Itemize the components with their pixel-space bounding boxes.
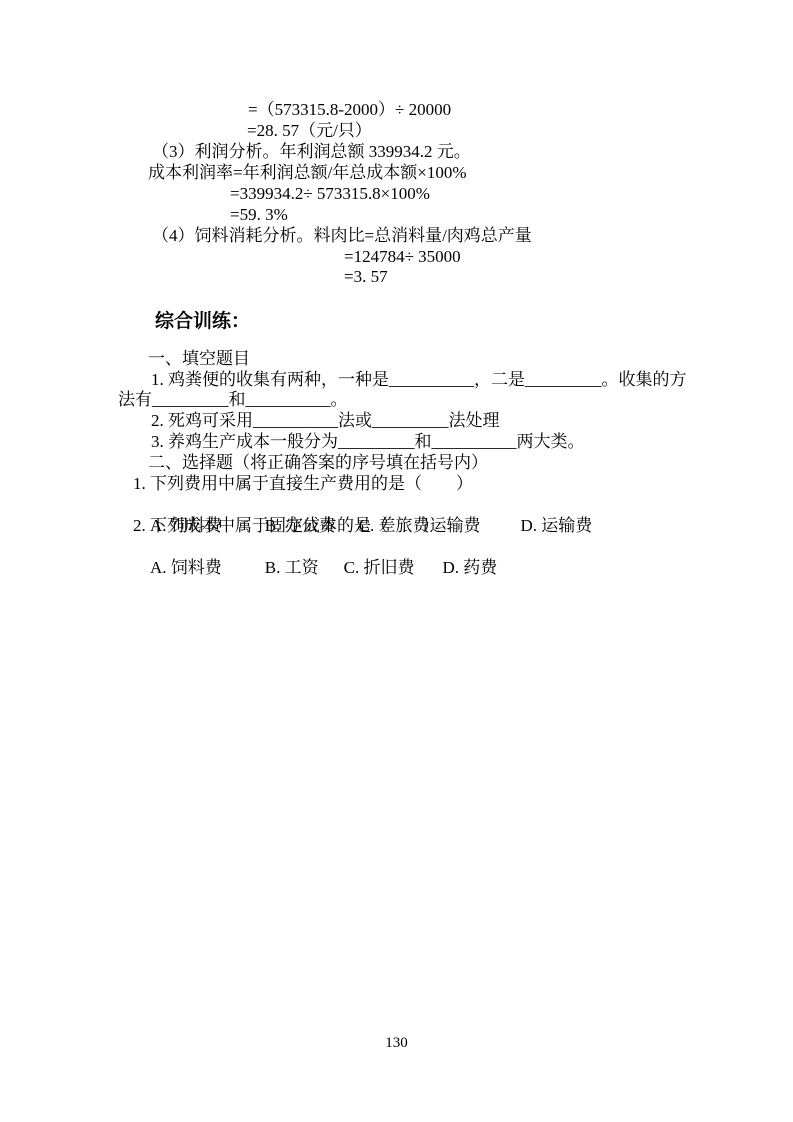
choice-q2-option-a: A. 饲料费: [150, 557, 222, 578]
calc-line-unit-cost-result: =28. 57（元/只）: [247, 120, 372, 141]
calc-line-cost-profit-rate-formula: 成本利润率=年利润总额/年总成本额×100%: [148, 162, 467, 183]
choice-q2-option-b: B. 工资: [265, 557, 319, 578]
calc-line-feed-consumption-analysis: （4）饲料消耗分析。料肉比=总消料量/肉鸡总产量: [152, 225, 532, 246]
fill-in-question-2: 2. 死鸡可采用__________法或_________法处理: [151, 410, 500, 431]
choice-question-2-options: A. 饲料费B. 工资C. 折旧费D. 药费: [133, 536, 497, 599]
document-page: =（573315.8-2000）÷ 20000 =28. 57（元/只） （3）…: [0, 0, 793, 1122]
calc-line-profit-analysis: （3）利润分析。年利润总额 339934.2 元。: [152, 141, 471, 162]
choice-section-title: 二、选择题（将正确答案的序号填在括号内）: [148, 452, 488, 473]
fill-in-section-title: 一、填空题目: [148, 348, 250, 369]
section-heading-comprehensive-training: 综合训练：: [155, 310, 250, 334]
choice-question-1: 1. 下列费用中属于直接生产费用的是（ ）: [133, 473, 473, 494]
page-number: 130: [0, 1034, 793, 1052]
fill-in-question-3: 3. 养鸡生产成本一般分为_________和__________两大类。: [151, 431, 585, 452]
choice-q2-option-c: C. 折旧费: [344, 557, 415, 578]
choice-question-2: 2. 下列成本中属于固定成本的是（ ）: [133, 515, 439, 536]
calc-line-feed-ratio-substitution: =124784÷ 35000: [344, 246, 461, 267]
fill-in-question-1-line-1: 1. 鸡粪便的收集有两种，一种是__________，二是_________。收…: [151, 369, 687, 390]
calc-line-cost-profit-rate-result: =59. 3%: [230, 204, 288, 225]
choice-q1-option-d: D. 运输费: [520, 515, 592, 536]
calc-line-feed-ratio-result: =3. 57: [344, 266, 388, 287]
calc-line-cost-profit-rate-substitution: =339934.2÷ 573315.8×100%: [230, 183, 430, 204]
choice-q2-option-d: D. 药费: [442, 557, 497, 578]
fill-in-question-1-line-2: 法有_________和__________。: [118, 389, 348, 410]
calc-line-unit-cost-formula: =（573315.8-2000）÷ 20000: [248, 99, 451, 120]
